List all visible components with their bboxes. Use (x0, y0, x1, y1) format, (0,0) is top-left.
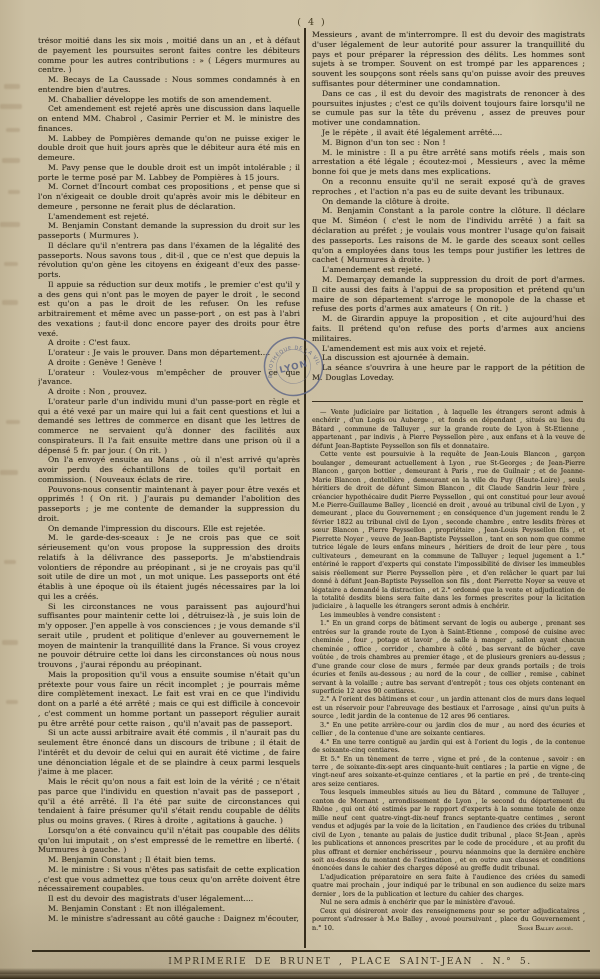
bleed-mark (0, 104, 22, 109)
paragraph: trésor moitié dans les six mois , moitié… (38, 36, 300, 75)
paragraph: M. Chaballier développe les motifs de so… (38, 95, 300, 105)
paragraph: Si les circonstances ne vous paraissent … (38, 602, 300, 670)
paragraph: Pouvons-nous consentir maintenant à paye… (38, 485, 300, 524)
bleed-mark (6, 420, 20, 424)
section-divider-rule (312, 401, 583, 402)
right-column: Messieurs , avant de m'interrompre. Il e… (312, 30, 585, 948)
bleed-mark (2, 640, 18, 645)
bleed-mark (8, 190, 20, 194)
notice-paragraph: 2.° A l'orient des bâtimens et cour , un… (312, 695, 585, 720)
bleed-mark (6, 700, 18, 704)
legal-notice-section: — Vente judiciaire par licitation , à la… (312, 408, 585, 932)
paragraph: M. Benjamin Constant a la parole contre … (312, 206, 585, 265)
bleed-mark (4, 560, 16, 564)
notice-paragraph: 1.° En un grand corps de bâtiment servan… (312, 619, 585, 695)
paragraph: Dans ce cas , il est du devoir des magis… (312, 89, 585, 128)
notice-paragraph: — Vente judiciaire par licitation , à la… (312, 408, 585, 450)
paragraph: M. Pavy pense que le double droit est un… (38, 163, 300, 183)
notice-paragraph: 4.° En une terre contiguë au jardin qui … (312, 738, 585, 755)
notice-paragraph: L'adjudication préparatoire en sera fait… (312, 873, 585, 898)
notice-paragraph: Cette vente est poursuivie à la requête … (312, 450, 585, 611)
paragraph: M. le ministre : Il a pu être arrêté san… (312, 148, 585, 177)
paragraph: On demande l'impression du discours. Ell… (38, 524, 300, 534)
paragraph: M. le garde-des-sceaux : Je ne crois pas… (38, 533, 300, 601)
paragraph: M. Labbey de Pompières demande qu'on ne … (38, 134, 300, 163)
notice-paragraph: Tous lesquels immeubles situés au lieu d… (312, 788, 585, 873)
paragraph: Cet amendement est rejeté après une disc… (38, 104, 300, 133)
paragraph: M. de Girardin appuye la proposition , e… (312, 314, 585, 343)
paragraph: M. Bignon d'un ton sec : Non ! (312, 138, 585, 148)
paragraph: Lorsqu'on a été convaincu qu'il n'était … (38, 826, 300, 855)
paragraph: L'amendement est mis aux voix et rejeté. (312, 344, 585, 354)
paragraph: M. le ministre : Si vous n'êtes pas sati… (38, 865, 300, 894)
paragraph: On demande la clôture à droite. (312, 197, 585, 207)
paragraph: M. le ministre s'adressant au côté gauch… (38, 914, 300, 924)
debate-section: Messieurs , avant de m'interrompre. Il e… (312, 30, 585, 396)
paragraph: M. Cornet d'Incourt combat ces propositi… (38, 182, 300, 211)
paragraph: M. Becays de La Caussade : Nous sommes c… (38, 75, 300, 95)
notice-paragraph: 3.° En une petite arrière-cour ou jardin… (312, 721, 585, 738)
paragraph: On l'a envoyé ensuite au Mans , où il n'… (38, 455, 300, 484)
bleed-mark (2, 158, 20, 163)
paragraph: L'amendement est rejeté. (38, 212, 300, 222)
paragraph: Messieurs , avant de m'interrompre. Il e… (312, 30, 585, 89)
bleed-mark (4, 84, 20, 89)
paragraph: Mais la proposition qu'il vous a ensuite… (38, 670, 300, 729)
paragraph: M. Demarçay demande la suppression du dr… (312, 275, 585, 314)
bleed-mark (4, 262, 18, 266)
paragraph: Il est du devoir des magistrats d'user l… (38, 894, 300, 904)
paragraph: Si un acte aussi arbitraire avait été co… (38, 728, 300, 777)
stamp-center-text: LYON (279, 359, 310, 376)
footer-rule (32, 950, 590, 952)
paragraph: On a reconnu ensuite qu'il ne serait exp… (312, 177, 585, 197)
notice-signature: Signé Balley avoué. (312, 924, 585, 932)
paragraph: La séance s'ouvrira à une heure par le r… (312, 363, 585, 383)
paragraph: L'amendement est rejeté. (312, 265, 585, 275)
newspaper-page: ( 4 ) trésor moitié dans les six mois , … (0, 0, 600, 979)
bleed-mark (6, 128, 20, 132)
paragraph: Mais le récit qu'on nous a fait est loin… (38, 777, 300, 826)
imprint-footer: IMPRIMERIE DE BRUNET , PLACE SAINT-JEAN … (115, 956, 585, 967)
paragraph: M. Benjamin Constant ; Il était bien tem… (38, 855, 300, 865)
left-column: trésor moitié dans les six mois , moitié… (38, 36, 300, 947)
paragraph: Il déclare qu'il n'entrera pas dans l'éx… (38, 241, 300, 280)
bleed-mark (0, 222, 20, 227)
paragraph: L'orateur : Voulez-vous m'empêcher de pr… (38, 368, 300, 388)
paragraph: Je le répète , il avait été légalement a… (312, 128, 585, 138)
notice-paragraph: Nul ne sera admis à enchérir que par le … (312, 898, 585, 906)
page-number: ( 4 ) (272, 17, 352, 28)
notice-paragraph: Et 5.° En un tènement de terre , vigne e… (312, 755, 585, 789)
paragraph: La discussion est ajournée à demain. (312, 353, 585, 363)
column-divider-rule (304, 28, 306, 948)
paragraph: A droite : Non , prouvez. (38, 387, 300, 397)
bleed-mark (0, 470, 18, 475)
paragraph: L'orateur parle d'un individu muni d'un … (38, 397, 300, 456)
paragraph: M. Benjamin Constant demande la supressi… (38, 221, 300, 241)
paragraph: Il appuie sa réduction sur deux motifs ,… (38, 280, 300, 339)
paragraph: M. Benjamin Constant : Et non illégaleme… (38, 904, 300, 914)
bleed-mark (2, 300, 18, 305)
